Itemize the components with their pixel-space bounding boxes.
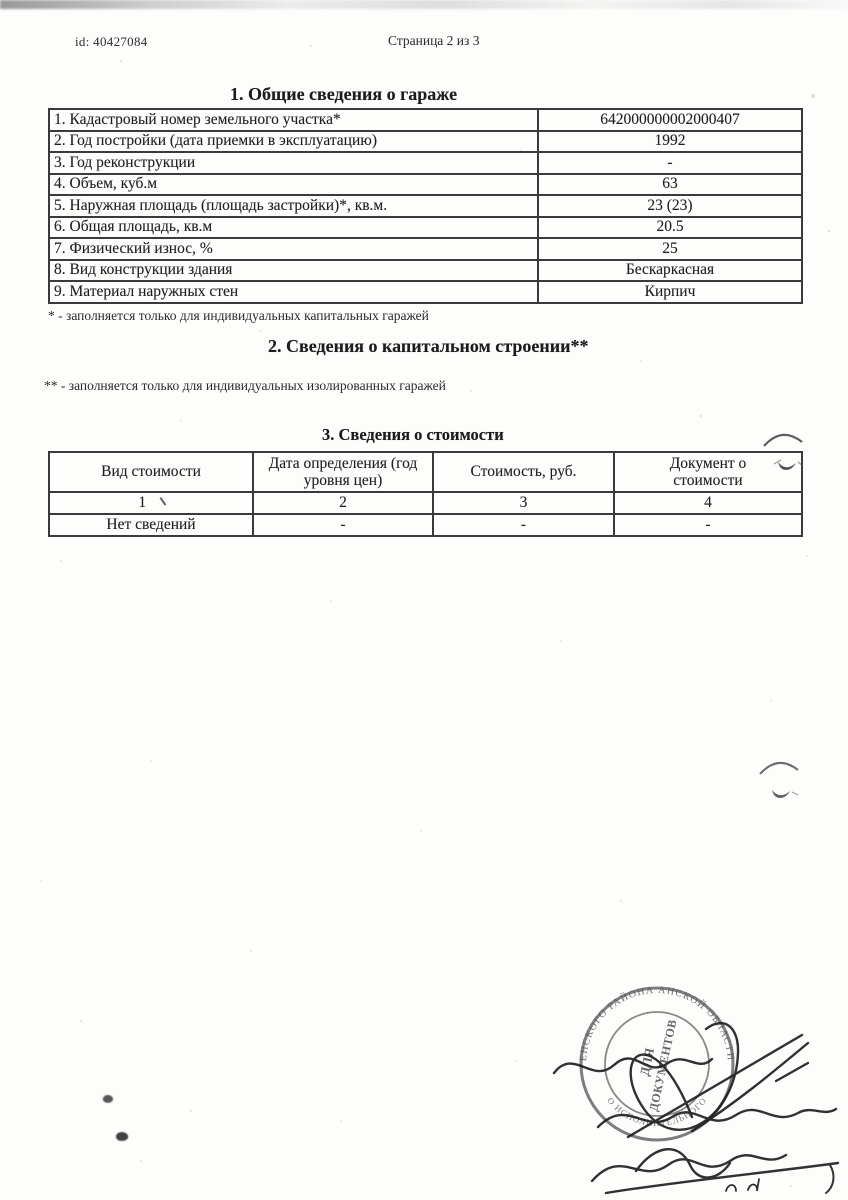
row-label: 6. Общая площадь, кв.м: [49, 217, 538, 239]
scan-speckles: [0, 0, 2, 2]
row-value: 20.5: [538, 217, 802, 239]
column-number-text: 1: [138, 494, 146, 511]
row-label: 4. Объем, куб.м: [49, 174, 538, 196]
cell-value: -: [433, 514, 614, 536]
row-value: -: [538, 152, 802, 174]
section3-title: 3. Сведения о стоимости: [322, 425, 504, 445]
row-value: 642000000002000407: [538, 109, 802, 131]
column-number: 4: [614, 492, 802, 514]
footnote-double-star: ** - заполняется только для индивидуальн…: [44, 378, 446, 394]
row-value: 1992: [538, 131, 802, 153]
column-header-text: Документ о стоимости: [652, 455, 764, 490]
table-row: 5. Наружная площадь (площадь застройки)*…: [49, 195, 802, 217]
table-row: 7. Физический износ, % 25: [49, 238, 802, 260]
row-value: 23 (23): [538, 195, 802, 217]
section2-title: 2. Сведения о капитальном строении**: [268, 336, 588, 357]
row-label: 2. Год постройки (дата приемки в эксплуа…: [49, 131, 538, 153]
column-number: 2: [253, 492, 433, 514]
table-row: 8. Вид конструкции здания Бескаркасная: [49, 260, 802, 282]
column-header: Дата определения (год уровня цен): [253, 452, 433, 492]
cost-info-table: Вид стоимости Дата определения (год уров…: [48, 451, 803, 537]
row-label: 8. Вид конструкции здания: [49, 260, 538, 282]
table-header-row: Вид стоимости Дата определения (год уров…: [49, 452, 802, 492]
row-value: 63: [538, 174, 802, 196]
column-number: 1: [49, 492, 253, 514]
ink-blob-artifact: [102, 1094, 114, 1104]
column-header-text: Вид стоимости: [101, 463, 201, 480]
ink-blob-artifact: [115, 1131, 128, 1142]
table-row: 4. Объем, куб.м 63: [49, 174, 802, 196]
row-label: 7. Физический износ, %: [49, 238, 538, 260]
section1-title: 1. Общие сведения о гараже: [230, 84, 457, 105]
table-row: 9. Материал наружных стен Кирпич: [49, 281, 802, 303]
row-value: Бескаркасная: [538, 260, 802, 282]
column-header-text: Дата определения (год уровня цен): [268, 455, 418, 490]
column-header: Стоимость, руб.: [433, 452, 614, 492]
table-row: 1. Кадастровый номер земельного участка*…: [49, 109, 802, 131]
table-row: 6. Общая площадь, кв.м 20.5: [49, 217, 802, 239]
page-curl-artifact: [752, 756, 807, 806]
row-value: 25: [538, 238, 802, 260]
general-info-table: 1. Кадастровый номер земельного участка*…: [48, 108, 803, 304]
row-label: 1. Кадастровый номер земельного участка*: [49, 109, 538, 131]
cell-value: -: [253, 514, 433, 536]
table-row: Нет сведений - - -: [49, 514, 802, 536]
column-header-text: Стоимость, руб.: [470, 463, 576, 480]
column-number-row: 1 2 3 4: [49, 492, 802, 514]
cell-value: -: [614, 514, 802, 536]
row-label: 5. Наружная площадь (площадь застройки)*…: [49, 195, 538, 217]
page-indicator: Страница 2 из 3: [388, 33, 479, 49]
stamp-rim-top-text: ЕНСКОГО РАЙОНА АНСКОЙ ОБЛАСТИ: [578, 985, 736, 1062]
row-label: 9. Материал наружных стен: [49, 281, 538, 303]
stamp-and-signatures: ЕНСКОГО РАЙОНА АНСКОЙ ОБЛАСТИ О ИСПОЛНИТ…: [540, 985, 848, 1200]
row-label: 3. Год реконструкции: [49, 152, 538, 174]
cell-value: Нет сведений: [49, 514, 253, 536]
column-header: Вид стоимости: [49, 452, 253, 492]
svg-text:ЕНСКОГО РАЙОНА АНСКОЙ ОБЛАСТИ: ЕНСКОГО РАЙОНА АНСКОЙ ОБЛАСТИ: [578, 985, 736, 1062]
document-page: id: 40427084 Страница 2 из 3 1. Общие св…: [0, 0, 848, 1200]
document-id: id: 40427084: [75, 34, 148, 50]
table-row: 3. Год реконструкции -: [49, 152, 802, 174]
footnote-single-star: * - заполняется только для индивидуальны…: [48, 308, 429, 324]
pen-tick-mark: [160, 497, 166, 505]
scan-edge-artifact: [0, 0, 848, 9]
table-row: 2. Год постройки (дата приемки в эксплуа…: [49, 131, 802, 153]
row-value: Кирпич: [538, 281, 802, 303]
page-curl-artifact: [756, 430, 811, 478]
column-number: 3: [433, 492, 614, 514]
